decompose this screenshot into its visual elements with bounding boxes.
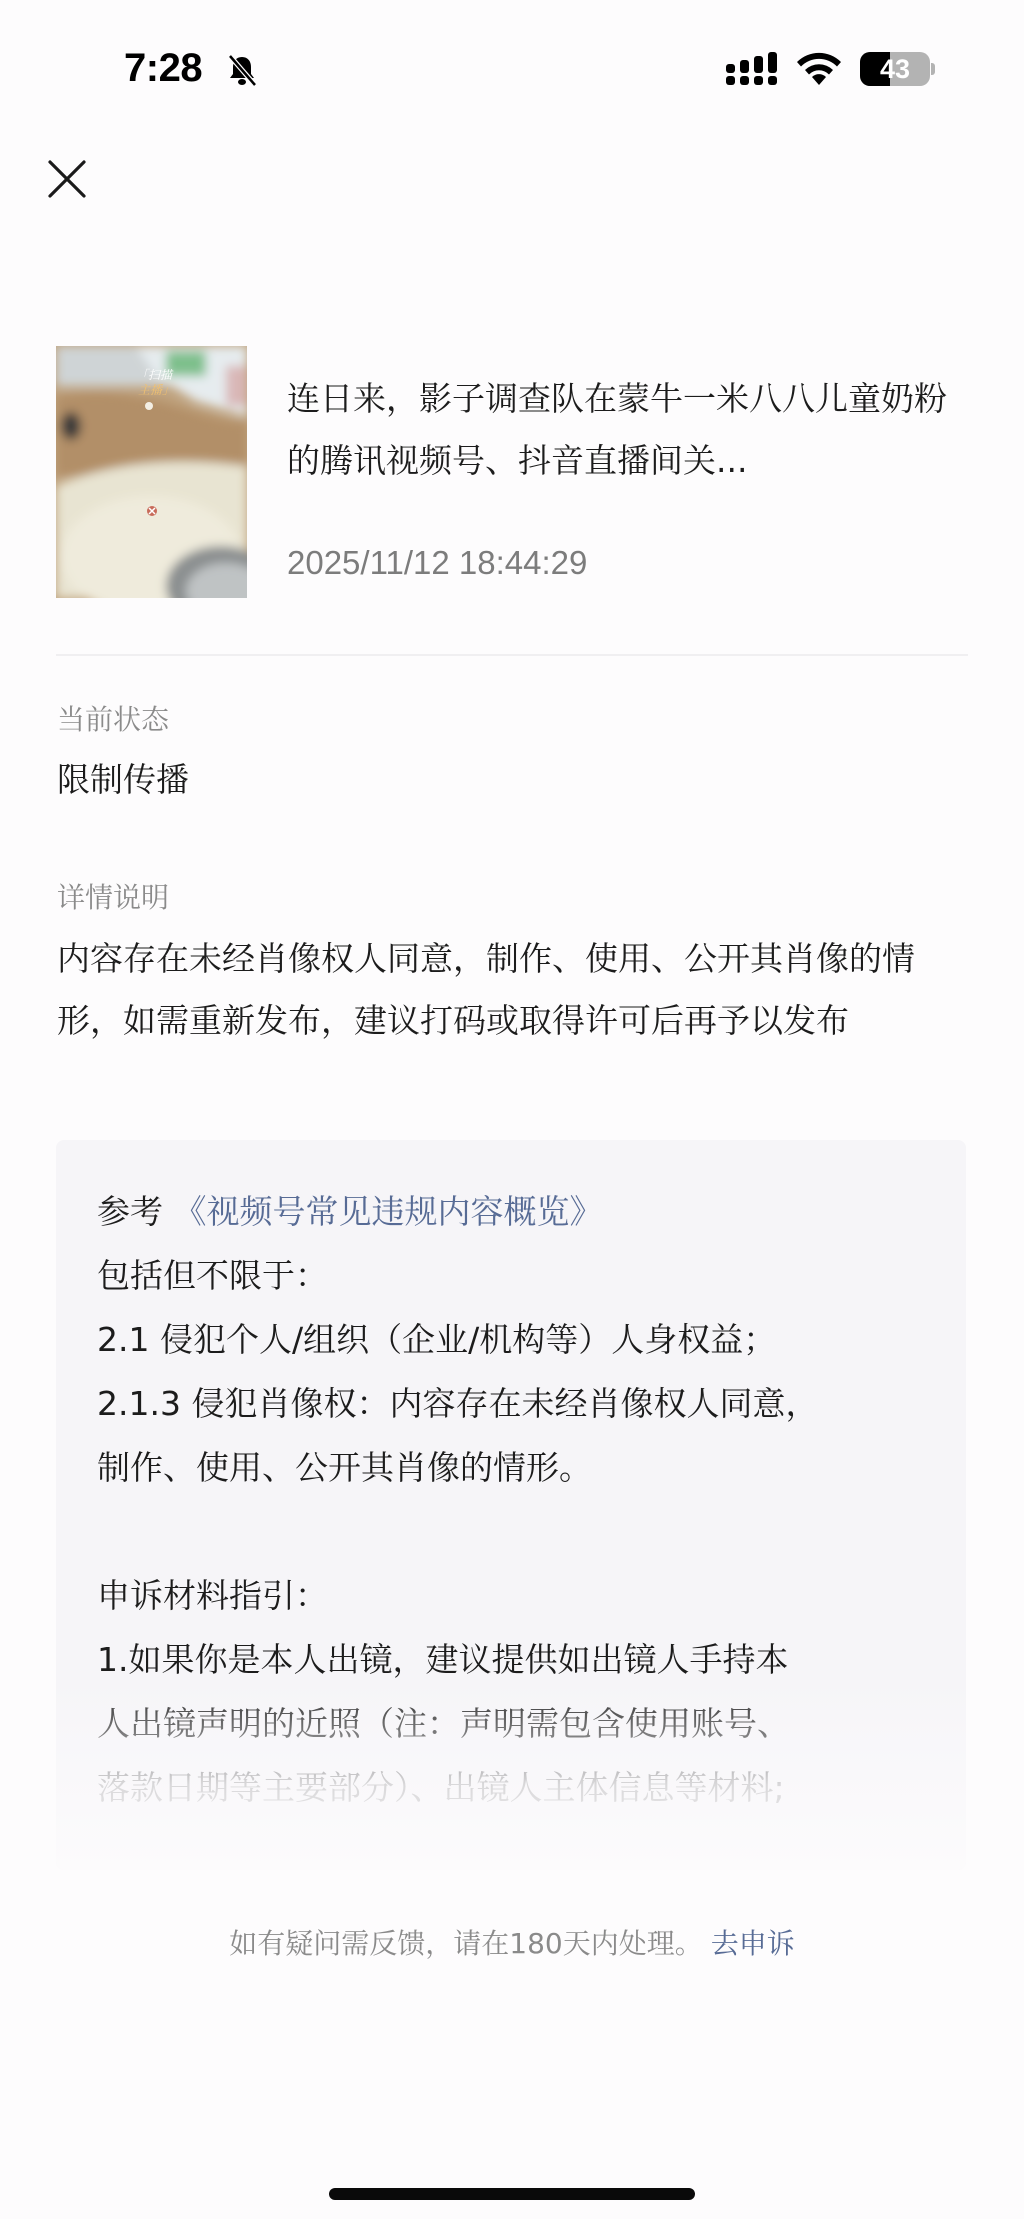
close-button[interactable] (40, 152, 94, 206)
reference-line: 落款日期等主要部分）、出镜人主体信息等材料; (97, 1756, 937, 1820)
reference-line: 人出镜声明的近照（注：声明需包含使用账号、 (97, 1692, 937, 1756)
reference-line (97, 1500, 937, 1564)
content-title: 连日来，影子调查队在蒙牛一米八八儿童奶粉的腾讯视频号、抖音直播间关... (287, 368, 967, 492)
thumbnail-image: 「扫描 主播」 (56, 346, 247, 598)
battery-indicator: 43 (860, 52, 936, 86)
reference-heading: 参考 《视频号常见违规内容概览》 (97, 1180, 937, 1244)
reference-content: 参考 《视频号常见违规内容概览》 包括但不限于： 2.1 侵犯个人/组织（企业/… (97, 1180, 937, 1820)
svg-text:主播」: 主播」 (138, 383, 174, 397)
bell-slash-icon (224, 52, 260, 88)
wifi-icon (795, 51, 843, 87)
status-time: 7:28 (124, 46, 202, 91)
content-timestamp: 2025/11/12 18:44:29 (287, 544, 587, 582)
reference-line: 制作、使用、公开其肖像的情形。 (97, 1436, 937, 1500)
reference-line: 1.如果你是本人出镜，建议提供如出镜人手持本 (97, 1628, 937, 1692)
svg-text:「扫描: 「扫描 (136, 368, 174, 382)
reference-line: 2.1.3 侵犯肖像权：内容存在未经肖像权人同意， (97, 1372, 937, 1436)
divider (56, 654, 968, 656)
reference-prefix: 参考 (97, 1192, 163, 1231)
status-value: 限制传播 (57, 754, 189, 801)
detail-label: 详情说明 (57, 876, 169, 916)
close-icon (40, 152, 94, 206)
content-card[interactable]: 「扫描 主播」 连日来，影子调查队在蒙牛一米八八儿童奶粉的腾讯视频号、抖音直播间… (56, 346, 968, 600)
home-indicator[interactable] (329, 2188, 695, 2200)
cellular-signal-icon (726, 52, 780, 86)
status-label: 当前状态 (57, 698, 169, 738)
footer-note: 如有疑问需反馈，请在180天内处理。去申诉 (0, 1922, 1024, 1962)
appeal-guide-heading: 申诉材料指引： (97, 1564, 937, 1628)
policy-overview-link[interactable]: 《视频号常见违规内容概览》 (174, 1192, 603, 1231)
footer-text: 如有疑问需反馈，请在180天内处理。 (229, 1927, 702, 1960)
detail-text: 内容存在未经肖像权人同意，制作、使用、公开其肖像的情形，如需重新发布，建议打码或… (57, 928, 977, 1052)
reference-line: 2.1 侵犯个人/组织（企业/机构等）人身权益； (97, 1308, 937, 1372)
appeal-link[interactable]: 去申诉 (711, 1927, 795, 1960)
reference-box: 参考 《视频号常见违规内容概览》 包括但不限于： 2.1 侵犯个人/组织（企业/… (56, 1140, 966, 1870)
video-thumbnail[interactable]: 「扫描 主播」 (56, 346, 247, 598)
battery-level: 43 (860, 52, 930, 86)
reference-line: 包括但不限于： (97, 1244, 937, 1308)
status-bar: 7:28 43 (0, 0, 1024, 130)
